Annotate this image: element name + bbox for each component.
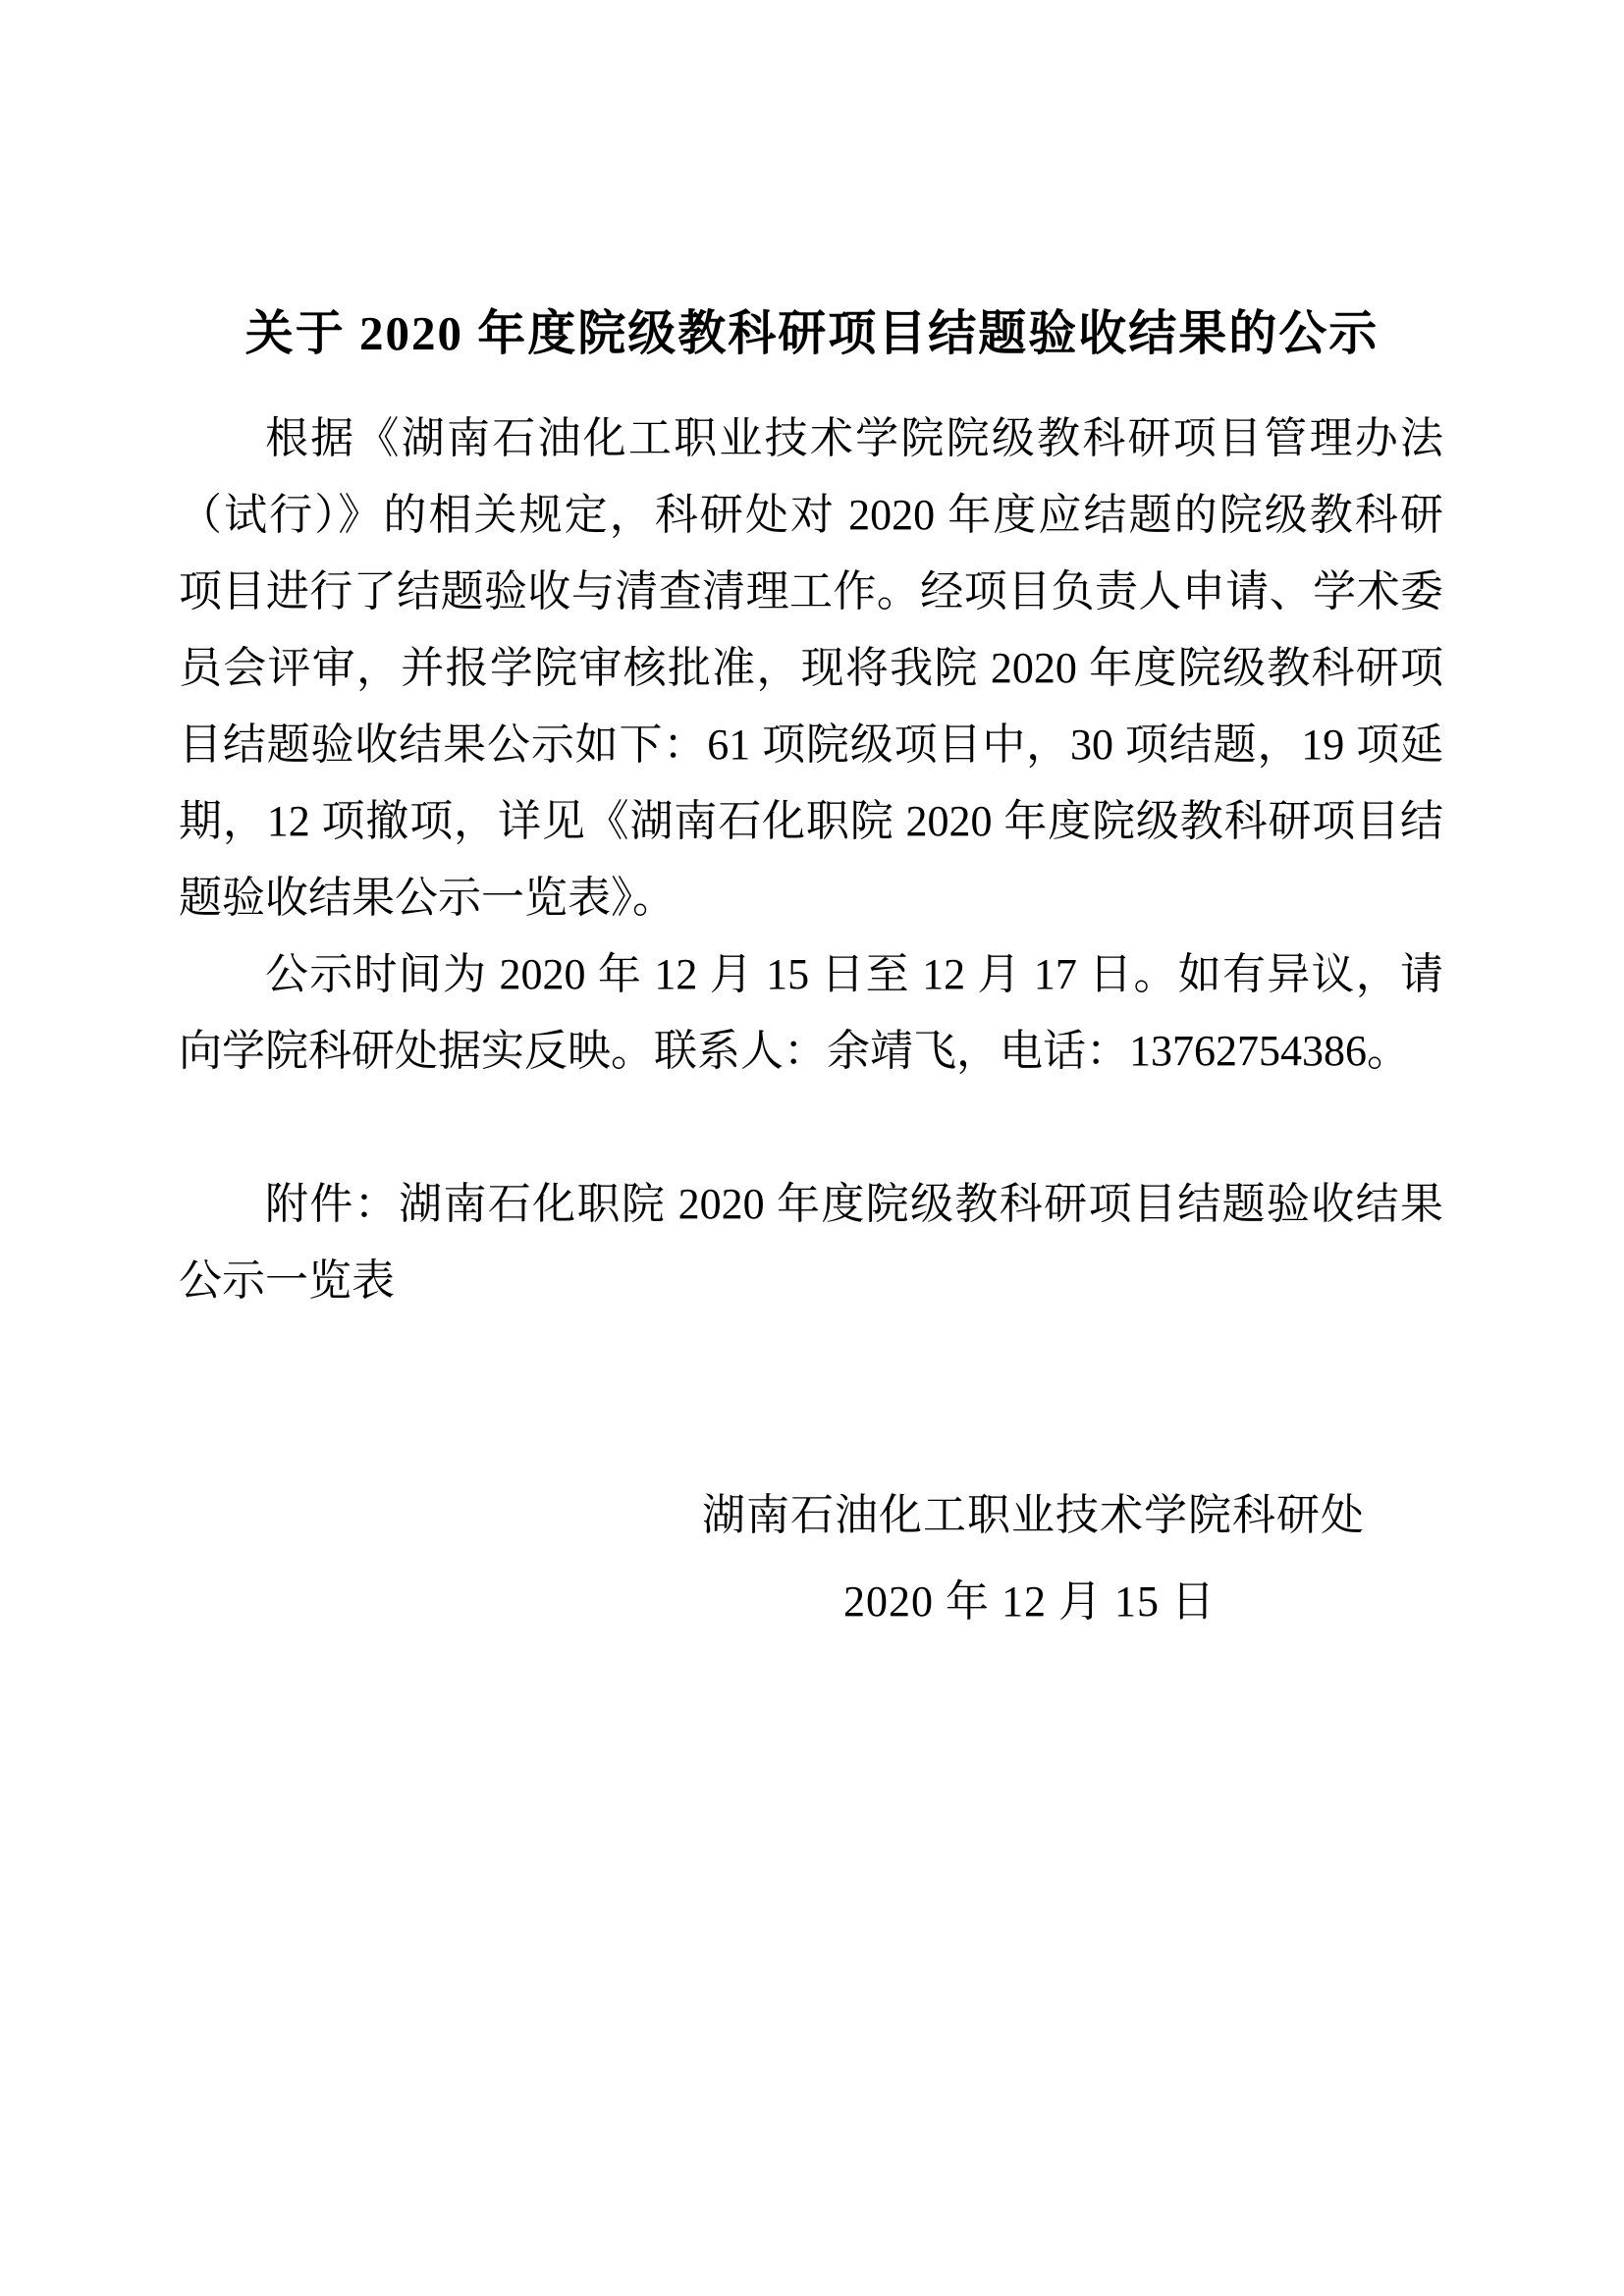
body-line: 项目进行了结题验收与清查清理工作。经项目负责人申请、学术委	[179, 554, 1443, 630]
body-line: 题验收结果公示一览表》。	[179, 860, 1443, 936]
body-line: 目结题验收结果公示如下：61 项院级项目中，30 项结题，19 项延	[179, 707, 1443, 783]
body-line: （试行）》的相关规定，科研处对 2020 年度应结题的院级教科研	[179, 477, 1443, 554]
signature-block: 湖南石油化工职业技术学院科研处 2020 年 12 月 15 日	[0, 1472, 1624, 1645]
paragraph-attachment: 附件：湖南石化职院 2020 年度院级教科研项目结题验收结果 公示一览表	[179, 1166, 1443, 1319]
paragraph-publicity-period: 公示时间为 2020 年 12 月 15 日至 12 月 17 日。如有异议，请…	[179, 936, 1443, 1090]
document-page: 关于 2020 年度院级教科研项目结题验收结果的公示 根据《湖南石油化工职业技术…	[0, 0, 1624, 2296]
signature-organization: 湖南石油化工职业技术学院科研处	[0, 1472, 1624, 1559]
body-line: 公示时间为 2020 年 12 月 15 日至 12 月 17 日。如有异议，请	[179, 936, 1443, 1013]
body-line: 公示一览表	[179, 1243, 1443, 1319]
document-title: 关于 2020 年度院级教科研项目结题验收结果的公示	[0, 299, 1624, 368]
body-line: 根据《湖南石油化工职业技术学院院级教科研项目管理办法	[179, 400, 1443, 477]
body-line: 员会评审，并报学院审核批准，现将我院 2020 年度院级教科研项	[179, 630, 1443, 707]
signature-date: 2020 年 12 月 15 日	[0, 1559, 1624, 1645]
body-line: 向学院科研处据实反映。联系人：余靖飞，电话：13762754386。	[179, 1013, 1443, 1090]
paragraph-intro: 根据《湖南石油化工职业技术学院院级教科研项目管理办法 （试行）》的相关规定，科研…	[179, 400, 1443, 936]
document-body: 根据《湖南石油化工职业技术学院院级教科研项目管理办法 （试行）》的相关规定，科研…	[179, 400, 1443, 1319]
body-line: 附件：湖南石化职院 2020 年度院级教科研项目结题验收结果	[179, 1166, 1443, 1243]
body-line: 期，12 项撤项，详见《湖南石化职院 2020 年度院级教科研项目结	[179, 783, 1443, 860]
